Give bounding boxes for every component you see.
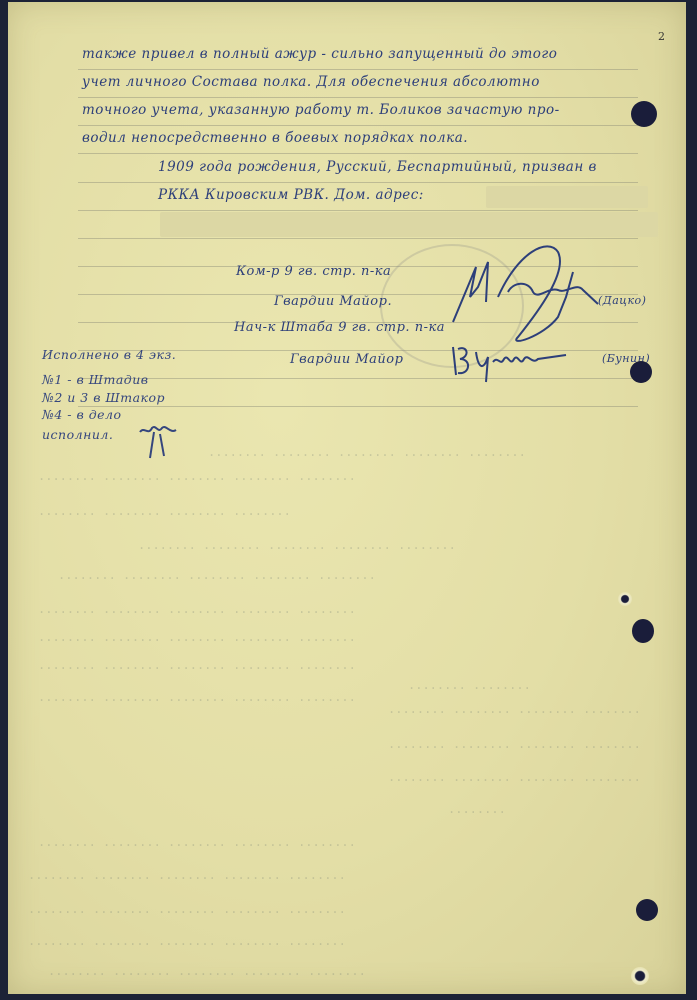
commander-title: Ком-р 9 гв. стр. п-ка	[236, 264, 391, 279]
bleed-through-line: ........ ........ ........ ........ ....…	[28, 868, 346, 882]
distribution-note-line: №1 - в Штадив	[42, 372, 149, 387]
punch-hole	[630, 361, 652, 383]
commander-signature	[448, 242, 608, 347]
distribution-note-line: Исполнено в 4 экз.	[42, 347, 176, 362]
bleed-through-line: ........ ........ ........ ........ ....…	[48, 964, 366, 978]
body-text-line: водил непосредственно в боевых порядках …	[82, 130, 468, 146]
bleed-through-line: ........ ........ ........ ........	[388, 770, 641, 784]
bleed-through-line: ........ ........ ........ ........ ....…	[28, 934, 346, 948]
ruled-line	[78, 406, 638, 407]
distribution-note-line: исполнил.	[42, 427, 113, 442]
bleed-through-line: ........	[448, 802, 506, 816]
executor-signature	[136, 420, 181, 465]
body-text-line: учет личного Состава полка. Для обеспече…	[82, 74, 540, 90]
bleed-through-line: ........ ........ ........ ........ ....…	[38, 690, 356, 704]
bleed-through-line: ........ ........ ........ ........ ....…	[38, 835, 356, 849]
bleed-through-line: ........ ........ ........ ........ ....…	[208, 445, 526, 459]
commander-name: (Дацко)	[598, 294, 646, 307]
distribution-note-line: №4 - в дело	[42, 407, 122, 422]
bleed-through-line: ........ ........	[408, 678, 531, 692]
chief-of-staff-rank: Гвардии Майор	[290, 352, 403, 367]
body-text-line: также привел в полный ажур - сильно запу…	[82, 46, 557, 62]
punch-hole	[632, 619, 654, 643]
chief-of-staff-title: Нач-к Штаба 9 гв. стр. п-ка	[234, 320, 445, 335]
chief-of-staff-signature	[448, 337, 578, 387]
distribution-note-line: №2 и 3 в Штакор	[42, 390, 165, 405]
redacted-address-part1	[486, 186, 648, 208]
torn-punch-hole	[631, 967, 649, 985]
bleed-through-line: ........ ........ ........ ........ ....…	[38, 630, 356, 644]
bleed-through-line: ........ ........ ........ ........	[388, 702, 641, 716]
body-text-line: РККА Кировским РВК. Дом. адрес:	[158, 187, 424, 203]
body-text-line: 1909 года рождения, Русский, Беспартийны…	[158, 159, 597, 175]
ruled-line	[78, 238, 638, 239]
ruled-line	[78, 97, 638, 98]
body-text-line: точного учета, указанную работу т. Болик…	[82, 102, 560, 118]
page-number: 2	[658, 30, 665, 43]
bleed-through-line: ........ ........ ........ ........ ....…	[38, 602, 356, 616]
bleed-through-line: ........ ........ ........ ........	[388, 737, 641, 751]
commander-rank: Гвардии Майор.	[274, 294, 392, 309]
document-page: 2 также привел в полный ажур - сильно за…	[8, 2, 686, 994]
punch-hole	[636, 899, 658, 921]
ruled-line	[78, 69, 638, 70]
ruled-line	[78, 182, 638, 183]
ruled-line	[78, 125, 638, 126]
bleed-through-line: ........ ........ ........ ........ ....…	[28, 902, 346, 916]
bleed-through-line: ........ ........ ........ ........ ....…	[58, 568, 376, 582]
redacted-address-part2	[160, 212, 658, 237]
bleed-through-line: ........ ........ ........ ........	[38, 504, 291, 518]
punch-hole	[631, 101, 657, 127]
ruled-line	[78, 210, 638, 211]
bleed-through-line: ........ ........ ........ ........ ....…	[138, 538, 456, 552]
bleed-through-line: ........ ........ ........ ........ ....…	[38, 658, 356, 672]
ruled-line	[78, 153, 638, 154]
torn-punch-hole	[618, 592, 632, 606]
bleed-through-line: ........ ........ ........ ........ ....…	[38, 469, 356, 483]
